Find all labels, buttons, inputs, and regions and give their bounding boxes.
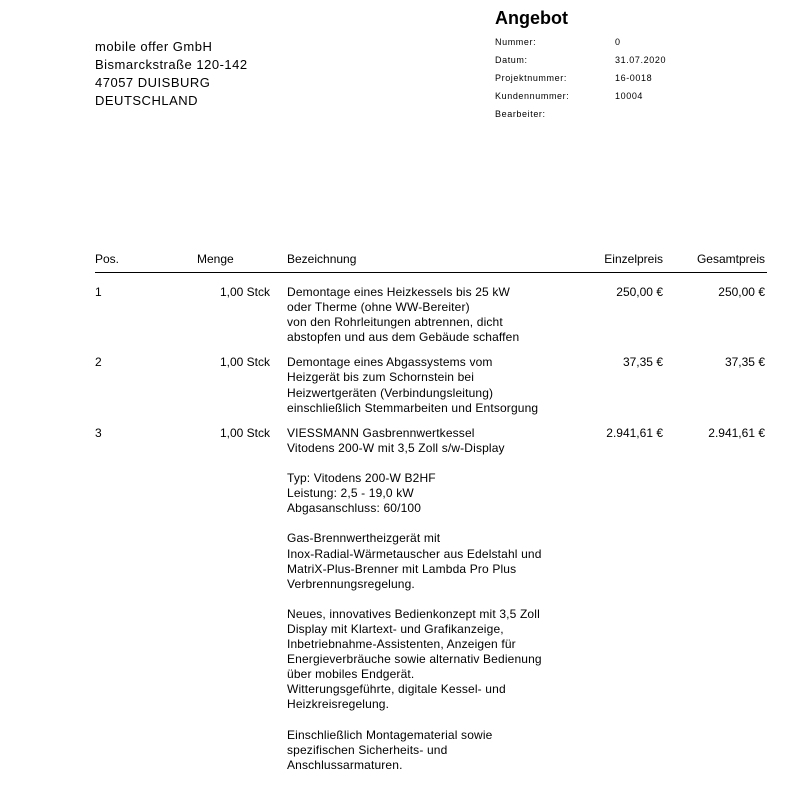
description-line: Leistung: 2,5 - 19,0 kW (287, 486, 767, 501)
meta-value: 0 (615, 33, 621, 51)
meta-label: Bearbeiter: (495, 105, 546, 123)
item-quantity: 1,00 Stck (175, 426, 270, 441)
description-line: Heizkreisregelung. (287, 697, 767, 712)
description-line: über mobiles Endgerät. (287, 667, 767, 682)
item-description: VIESSMANN GasbrennwertkesselVitodens 200… (287, 426, 767, 773)
item-quantity: 1,00 Stck (175, 355, 270, 370)
item-quantity: 1,00 Stck (175, 285, 270, 300)
item-unit-price: 2.941,61 € (565, 426, 663, 441)
header-desc: Bezeichnung (287, 252, 356, 266)
sender-company: mobile offer GmbH (95, 38, 248, 56)
meta-value: 16-0018 (615, 69, 652, 87)
item-position: 2 (95, 355, 102, 370)
line-items-table: Pos. Menge Bezeichnung Einzelpreis Gesam… (95, 248, 767, 773)
description-line: Einschließlich Montagematerial sowie (287, 728, 767, 743)
description-line: abstopfen und aus dem Gebäude schaffen (287, 330, 767, 345)
description-line: MatriX-Plus-Brenner mit Lambda Pro Plus (287, 562, 767, 577)
offer-header: Angebot Nummer: 0 Datum: 31.07.2020 Proj… (495, 7, 568, 123)
meta-row-date: Datum: 31.07.2020 (495, 51, 568, 69)
table-row: 11,00 Stck250,00 €250,00 €Demontage eine… (95, 285, 767, 345)
description-line (287, 713, 767, 728)
description-line: Witterungsgeführte, digitale Kessel- und (287, 682, 767, 697)
description-line (287, 456, 767, 471)
description-line: Anschlussarmaturen. (287, 758, 767, 773)
sender-street: Bismarckstraße 120-142 (95, 56, 248, 74)
description-line: Verbrennungsregelung. (287, 577, 767, 592)
description-line: Heizwertgeräten (Verbindungsleitung) (287, 386, 767, 401)
item-unit-price: 250,00 € (565, 285, 663, 300)
header-total-price: Gesamtpreis (665, 252, 765, 266)
description-line: spezifischen Sicherheits- und (287, 743, 767, 758)
item-total-price: 37,35 € (665, 355, 765, 370)
item-unit-price: 37,35 € (565, 355, 663, 370)
meta-value: 10004 (615, 87, 643, 105)
description-line: Abgasanschluss: 60/100 (287, 501, 767, 516)
description-line: Vitodens 200-W mit 3,5 Zoll s/w-Display (287, 441, 767, 456)
meta-row-customer-number: Kundennummer: 10004 (495, 87, 568, 105)
description-line: Heizgerät bis zum Schornstein bei (287, 370, 767, 385)
item-position: 1 (95, 285, 102, 300)
description-line: von den Rohrleitungen abtrennen, dicht (287, 315, 767, 330)
description-line: oder Therme (ohne WW-Bereiter) (287, 300, 767, 315)
meta-label: Nummer: (495, 33, 536, 51)
header-qty: Menge (197, 252, 234, 266)
offer-meta: Nummer: 0 Datum: 31.07.2020 Projektnumme… (495, 33, 568, 123)
item-total-price: 2.941,61 € (665, 426, 765, 441)
item-position: 3 (95, 426, 102, 441)
description-line: Typ: Vitodens 200-W B2HF (287, 471, 767, 486)
item-total-price: 250,00 € (665, 285, 765, 300)
description-line (287, 516, 767, 531)
header-unit-price: Einzelpreis (565, 252, 663, 266)
description-line (287, 592, 767, 607)
sender-address: mobile offer GmbH Bismarckstraße 120-142… (95, 38, 248, 110)
meta-row-project-number: Projektnummer: 16-0018 (495, 69, 568, 87)
description-line: Inbetriebnahme-Assistenten, Anzeigen für (287, 637, 767, 652)
sender-city: 47057 DUISBURG (95, 74, 248, 92)
description-line: Gas-Brennwertheizgerät mit (287, 531, 767, 546)
header-pos: Pos. (95, 252, 119, 266)
meta-row-number: Nummer: 0 (495, 33, 568, 51)
description-line: Inox-Radial-Wärmetauscher aus Edelstahl … (287, 547, 767, 562)
table-row: 21,00 Stck37,35 €37,35 €Demontage eines … (95, 355, 767, 415)
meta-label: Projektnummer: (495, 69, 567, 87)
meta-label: Datum: (495, 51, 528, 69)
table-row: 31,00 Stck2.941,61 €2.941,61 €VIESSMANN … (95, 426, 767, 773)
description-line: Neues, innovatives Bedienkonzept mit 3,5… (287, 607, 767, 622)
meta-label: Kundennummer: (495, 87, 569, 105)
meta-value: 31.07.2020 (615, 51, 666, 69)
description-line: einschließlich Stemmarbeiten und Entsorg… (287, 401, 767, 416)
meta-row-editor: Bearbeiter: (495, 105, 568, 123)
description-line: Energieverbräuche sowie alternativ Bedie… (287, 652, 767, 667)
description-line: Display mit Klartext- und Grafikanzeige, (287, 622, 767, 637)
table-header: Pos. Menge Bezeichnung Einzelpreis Gesam… (95, 248, 767, 273)
table-body: 11,00 Stck250,00 €250,00 €Demontage eine… (95, 285, 767, 773)
offer-title: Angebot (495, 7, 568, 29)
sender-country: DEUTSCHLAND (95, 92, 248, 110)
